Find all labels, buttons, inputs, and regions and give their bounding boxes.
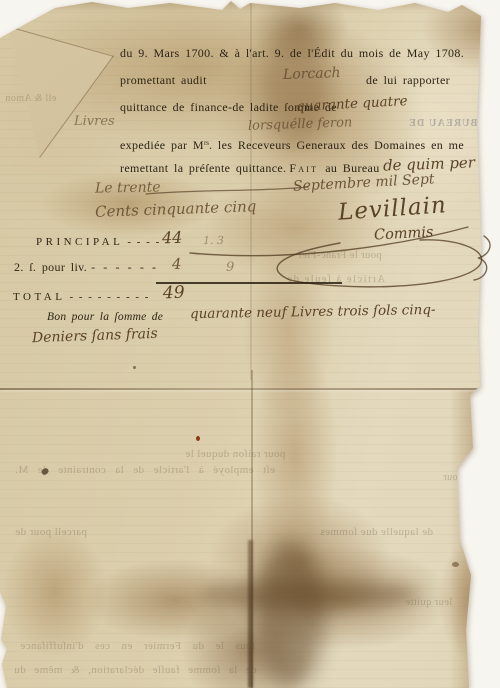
signature-title: Commis <box>374 224 434 243</box>
handwritten-date-part1: Le trente <box>95 179 161 196</box>
printed-expediee: expediée par Mrs. les Receveurs Generaux… <box>120 138 464 153</box>
printed-remettant: remettant la préſente quittance.Faitau B… <box>120 161 380 176</box>
total-label: Total <box>13 291 65 303</box>
remettant-pre: remettant la préſente quittance. <box>120 161 286 175</box>
printed-line-edit: du 9. Mars 1700. & à l'art. 9. de l'Édit… <box>120 46 464 61</box>
fait-smallcaps: Fait <box>289 161 318 175</box>
total-row: Total- - - - - - - - - <box>13 291 150 303</box>
showthrough-franc-fief: pour le Franc-Fief <box>298 250 382 261</box>
total-value: 49 <box>163 283 185 304</box>
ink-speck-red <box>196 436 200 441</box>
printed-promettant: promettant audit <box>120 73 207 88</box>
showthrough-laquelle: de laquelle due ſommes <box>320 526 433 538</box>
principal-row: Principal- - - - - - <box>36 236 180 248</box>
printed-rapporter: de lui rapporter <box>366 73 450 88</box>
showthrough-employe: eſt employé à l'article de la contrainte… <box>15 464 275 476</box>
handwritten-livres: Livres <box>74 114 115 129</box>
showthrough-bureau: BUREAU DE <box>408 118 477 129</box>
expediee-pre: expediée par M <box>120 138 204 152</box>
ink-speck-right <box>452 562 459 567</box>
sols-dashes: - - - - - - <box>91 260 157 274</box>
au-bureau: au Bureau <box>325 161 379 175</box>
showthrough-declaration: de la ſomme fauſſe déclaration, & même d… <box>14 664 257 676</box>
showthrough-quitte: leur quitte <box>405 597 452 608</box>
principal-value: 44 <box>162 228 183 248</box>
principal-extra: 1. 3 <box>203 234 224 247</box>
stain-dark-vertical <box>255 540 325 688</box>
showthrough-pour: pour <box>443 472 463 483</box>
expediee-post: . les Receveurs Generaux des Domaines en… <box>209 138 464 152</box>
fold-crease-horizontal <box>0 388 500 390</box>
torn-edge-shading-right <box>450 390 474 688</box>
handwritten-audit-name: Lorcach <box>283 65 341 83</box>
showthrough-parcell: parcell pour de <box>15 526 87 538</box>
sols-value: 4 <box>172 255 182 273</box>
bon-pour-label: Bon pour la ſomme de <box>47 311 163 323</box>
ink-speck-small <box>133 366 136 369</box>
sols-label: 2. ſ. pour liv. <box>14 260 87 274</box>
sols-row: 2. ſ. pour liv.- - - - - - <box>14 260 158 275</box>
principal-label: Principal <box>36 236 123 248</box>
stain-dark-horizontal <box>200 580 420 610</box>
scanner-background: ell & Amon BUREAU DE pour le Franc-Fief … <box>0 0 500 688</box>
sols-extra: 9 <box>226 260 234 275</box>
total-dashes: - - - - - - - - - <box>69 291 149 303</box>
showthrough-raison: pour raiſon duquel le <box>185 448 285 460</box>
showthrough-fragment: ell & Amon <box>5 93 56 104</box>
showthrough-fermier: ſous le du Fermier en ces d'inſuffiſance <box>20 640 255 652</box>
